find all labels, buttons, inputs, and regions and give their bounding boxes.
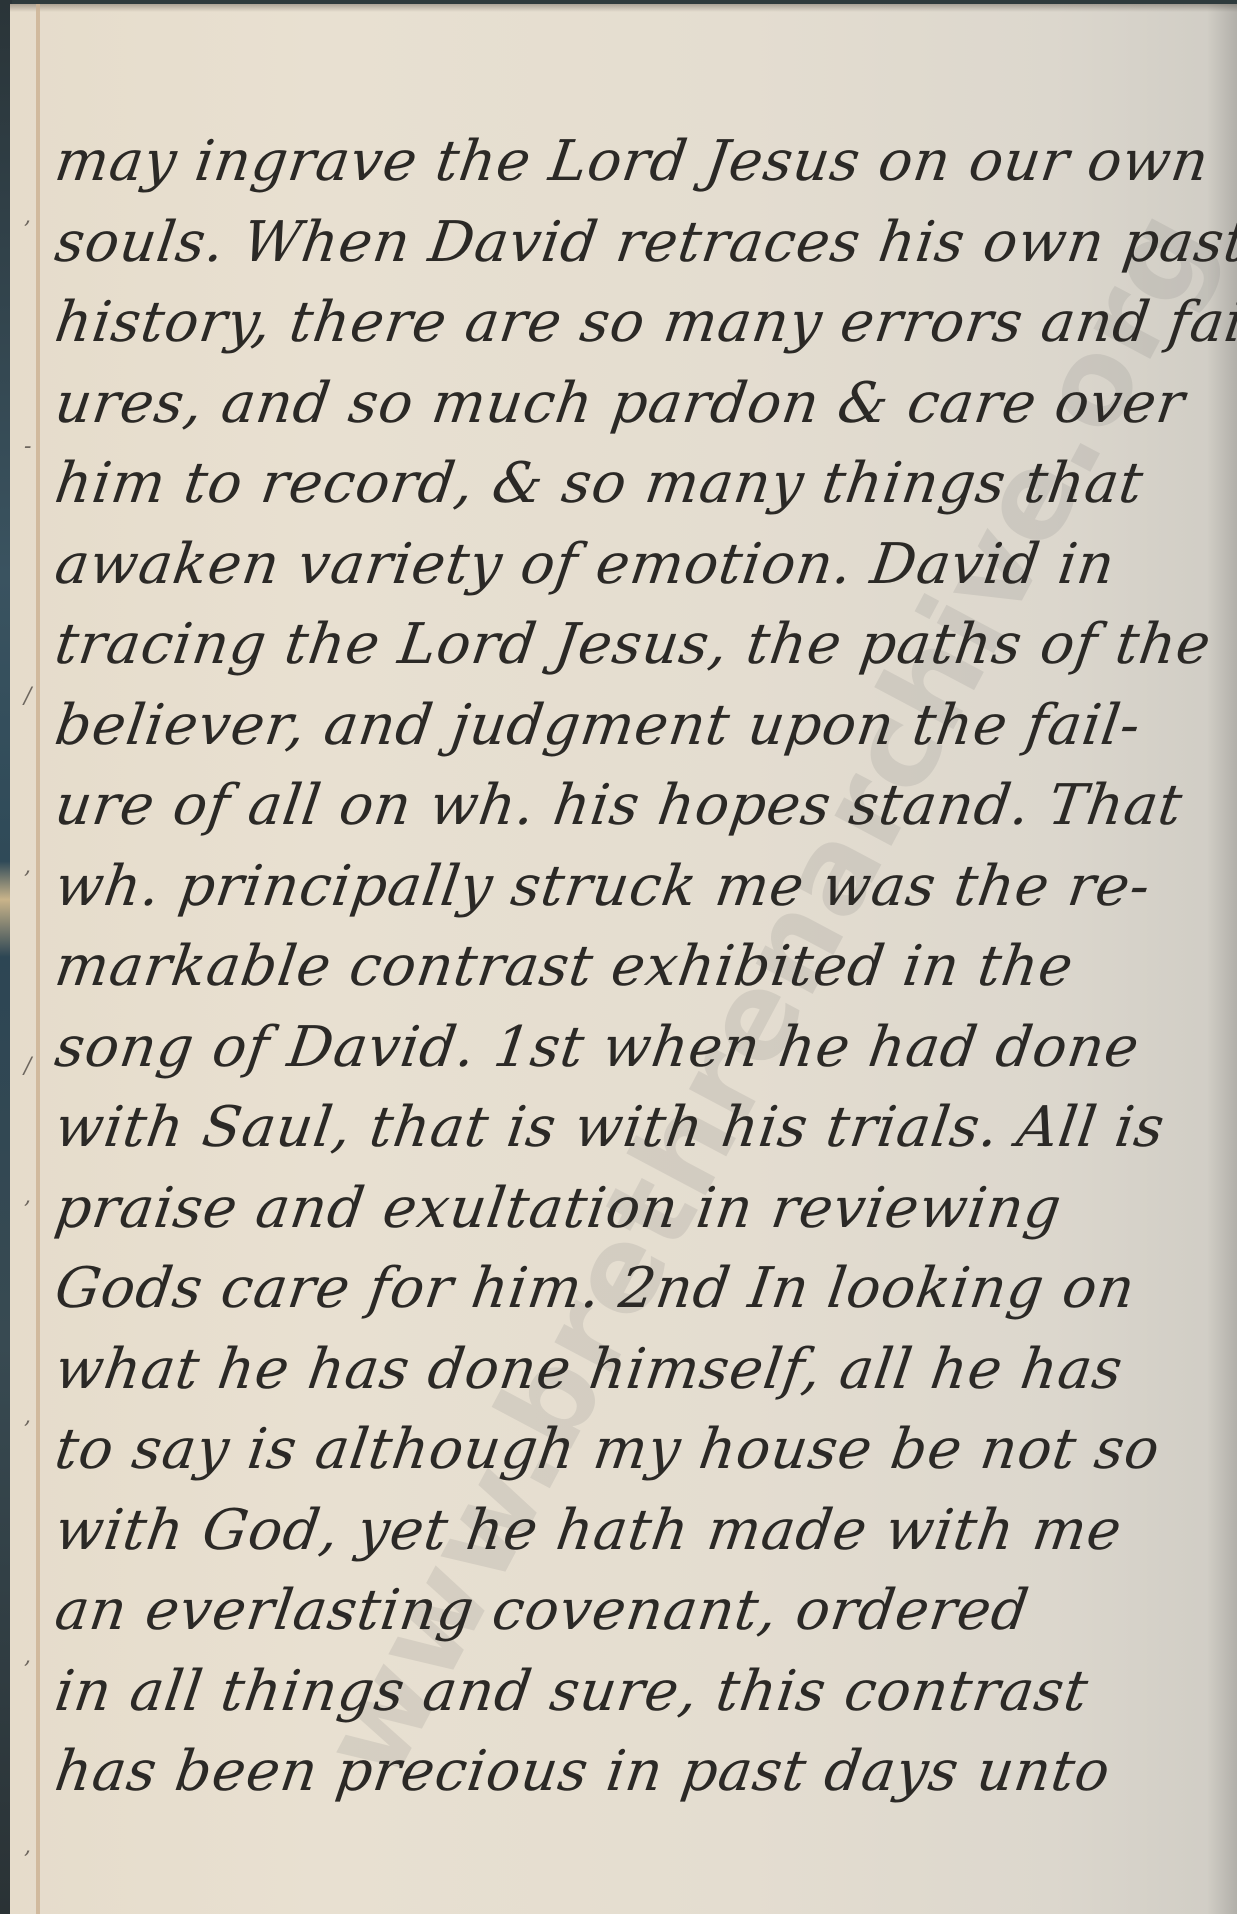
page-top-shadow: [10, 4, 1237, 12]
text-line: wh. principally struck me was the re-: [50, 847, 1231, 928]
text-line: believer, and judgment upon the fail-: [50, 686, 1231, 767]
text-line: has been precious in past days unto: [50, 1732, 1231, 1813]
text-line: Gods care for him. 2nd In looking on: [50, 1249, 1231, 1330]
text-line: ures, and so much pardon & care over: [50, 364, 1231, 445]
margin-tick-marks: , - / , / , , , ,: [24, 4, 44, 1914]
text-line: awaken variety of emotion. David in: [50, 525, 1231, 606]
text-line: may ingrave the Lord Jesus on our own: [50, 122, 1231, 203]
text-line: him to record, & so many things that: [50, 444, 1231, 525]
margin-tick: ,: [24, 1644, 31, 1669]
text-line: in all things and sure, this contrast: [50, 1652, 1231, 1733]
margin-tick: -: [24, 434, 31, 459]
text-line: history, there are so many errors and fa…: [50, 283, 1231, 364]
text-line: song of David. 1st when he had done: [50, 1008, 1231, 1089]
text-line: tracing the Lord Jesus, the paths of the: [50, 605, 1231, 686]
text-line: markable contrast exhibited in the: [50, 927, 1231, 1008]
text-line: with God, yet he hath made with me: [50, 1491, 1231, 1572]
text-line: an everlasting covenant, ordered: [50, 1571, 1231, 1652]
text-line: praise and exultation in reviewing: [50, 1169, 1231, 1250]
margin-tick: ,: [24, 1404, 31, 1429]
text-line: to say is although my house be not so: [50, 1410, 1231, 1491]
margin-tick: ,: [24, 854, 31, 879]
manuscript-page: , - / , / , , , , www.brethrenarchive.or…: [10, 4, 1237, 1914]
margin-tick: ,: [24, 1184, 31, 1209]
text-line: with Saul, that is with his trials. All …: [50, 1088, 1231, 1169]
text-line: souls. When David retraces his own past: [50, 203, 1231, 284]
margin-tick: ,: [24, 204, 31, 229]
margin-tick: /: [24, 1054, 31, 1079]
margin-tick: ,: [24, 1834, 31, 1859]
text-line: ure of all on wh. his hopes stand. That: [50, 766, 1231, 847]
text-line: what he has done himself, all he has: [50, 1330, 1231, 1411]
handwritten-text-block: may ingrave the Lord Jesus on our own so…: [50, 122, 1220, 1813]
margin-tick: /: [24, 684, 31, 709]
